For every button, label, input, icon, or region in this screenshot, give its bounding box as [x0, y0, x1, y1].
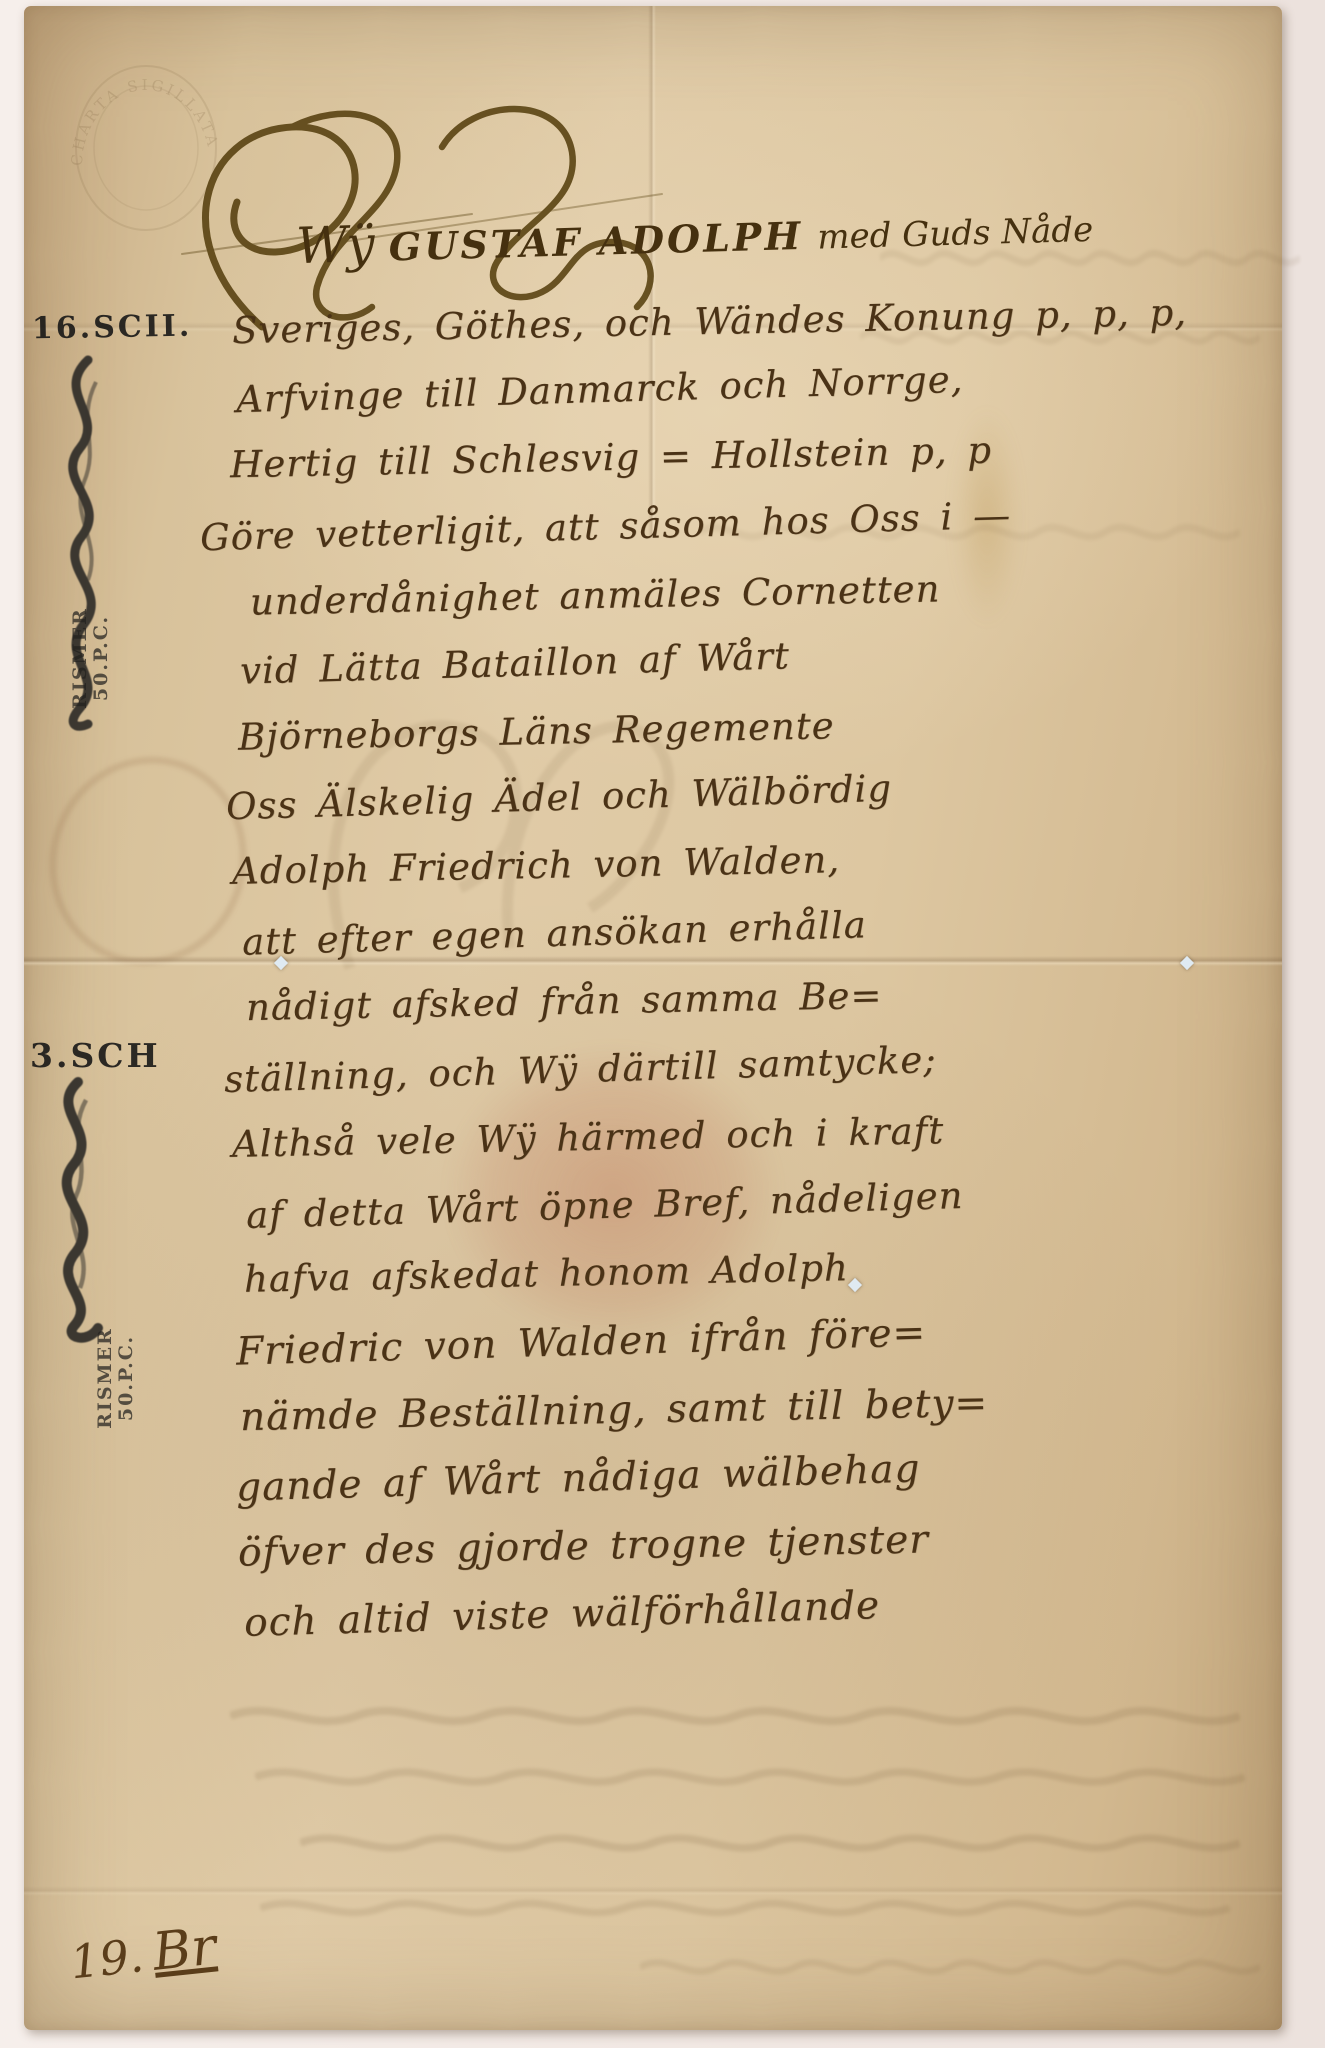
control-stamp-line2: 50.P.C.	[91, 583, 112, 733]
showthrough-line	[255, 1756, 1245, 1798]
control-stamp-line1: RISMER	[70, 583, 91, 733]
fold-crease-middle	[24, 956, 1282, 966]
scanned-letter-page: CHARTA SIGILLATA	[0, 0, 1325, 2048]
heading-prefix: Wÿ	[295, 215, 375, 275]
fold-crease-bottom	[24, 1886, 1282, 1896]
royal-name: GUSTAF ADOLPH	[388, 213, 804, 270]
control-stamp-line1: RISMER	[95, 1303, 116, 1453]
annotation-mark: Br	[150, 1917, 219, 1983]
showthrough-line	[640, 1948, 1260, 1986]
showthrough-line	[300, 1822, 1240, 1864]
revenue-stamp-16scii: 16.SCII.	[32, 309, 193, 347]
showthrough-line	[230, 1694, 1240, 1738]
heading-suffix: med Guds Nåde	[817, 210, 1094, 258]
control-stamp-rismer-2: RISMER 50.P.C.	[95, 1303, 141, 1453]
control-stamp-line2: 50.P.C.	[116, 1303, 137, 1453]
revenue-stamp-3sch: 3.SCH	[30, 1036, 161, 1075]
annotation-number: 19.	[68, 1928, 146, 1989]
control-stamp-rismer: RISMER 50.P.C.	[70, 583, 116, 733]
